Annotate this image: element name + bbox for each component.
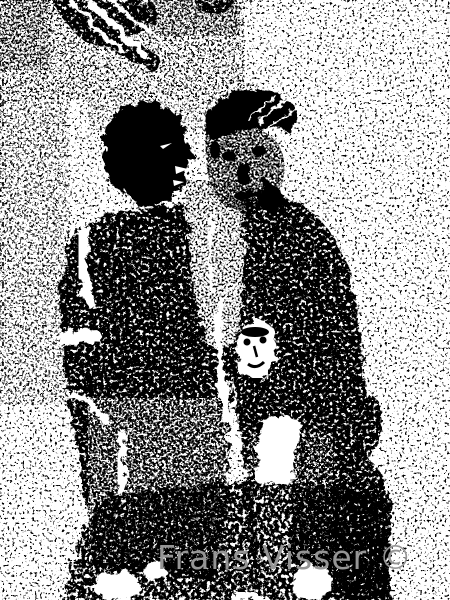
base-highlight [143, 563, 167, 581]
face-mouth-shadow [234, 192, 250, 200]
child1-eye [244, 339, 251, 346]
child1-eye [260, 337, 267, 344]
face-eye-shadow [252, 146, 266, 156]
sculpture-artwork [0, 0, 450, 600]
base-highlight [232, 594, 262, 600]
photo-canvas: Frans Visser © [0, 0, 450, 600]
base-highlight [292, 564, 332, 600]
child1-brow-shadow [241, 327, 269, 337]
base-highlight [93, 571, 141, 600]
face-temple-shadow [210, 141, 220, 159]
face-eye-shadow [222, 151, 236, 161]
pedestal-base [62, 480, 390, 600]
